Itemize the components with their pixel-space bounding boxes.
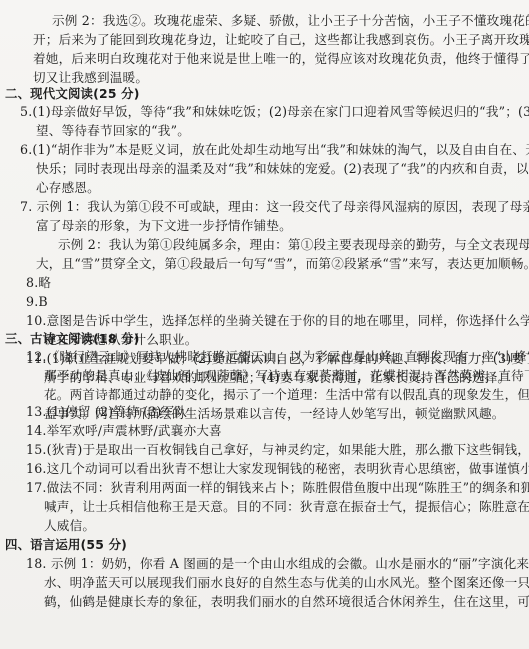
section-heading-language-use: 四、语言运用(55 分) [5,535,127,554]
answer-7-line-2: 富了母亲的形象，为下文进一步抒情作铺垫。 [36,216,292,235]
answer-18-line-3: 鹤，仙鹤是健康长寿的象征，表明我们丽水的自然环境很适合休闲养生，住在这里，可以长… [44,592,529,611]
section-heading-modern-reading: 二、现代文阅读(25 分) [5,84,140,103]
answer-18-line-2: 水、明净蓝天可以展现我们丽水良好的自然生态与优美的山水风光。整个图案还像一只展翅… [44,573,529,592]
answer-key-page: 示例 2：我选②。玫瑰花虚荣、多疑、骄傲，让小王子十分苦恼，小王子不懂玫瑰花的柔… [0,0,529,649]
answer-5-line-1: 5.(1)母亲做好早饭，等待“我”和妹妹吃饭；(2)母亲在家门口迎着风雪等候迟归… [20,102,529,121]
answer-6-line-1: 6.(1)“胡作非为”本是贬义词，放在此处却生动地写出“我”和妹妹的淘气，以及自… [20,140,529,159]
example-2-line-3: 着她，后来明白玫瑰花对于他来说是世上唯一的，觉得应该对玫瑰花负责，他终于懂得了爱… [33,49,529,68]
answer-17-line-2: 喊声，让士兵相信他称王是天意。目的不同：狄青意在振奋士气，提振信心；陈胜意在制造… [44,497,529,516]
answer-17-line-1: 17.做法不同：狄青利用两面一样的铜钱来占卜；陈胜假借鱼腹中出现“陈胜王”的绸条… [26,478,529,497]
answer-18-line-1: 18. 示例 1：奶奶，你看 A 图画的是一个由山水组成的会徽。山水是丽水的“丽… [26,554,529,573]
example-2-line-1: 示例 2：我选②。玫瑰花虚荣、多疑、骄傲，让小王子十分苦恼，小王子不懂玫瑰花的柔… [52,11,529,30]
example-2-line-2: 开；后来为了能回到玫瑰花身边，让蛇咬了自己，这些都让我感到哀伤。小王子离开玫瑰花… [33,30,529,49]
answer-7-line-1: 7. 示例 1：我认为第①段不可或缺，理由：这一段交代了母亲得风湿病的原因，表现… [20,197,529,216]
answer-6-line-3: 心存感恩。 [36,178,100,197]
answer-7-line-4: 大，且“雪”贯穿全文，第①段最后一句写“雪”，而第②段紧承“雪”来写，表达更加顺… [36,254,529,273]
answer-17-line-3: 人威信。 [44,516,95,535]
answer-13: 13.(1)停留 (2)等待 (3)军队 [26,402,187,421]
answer-10-line-1: 10.意图是告诉中学生，选择怎样的坐骑关键在于你的目的地在哪里，同样，你选择什么… [26,311,529,330]
answer-9: 9.B [26,292,48,311]
answer-7-line-3: 示例 2：我认为第①段纯属多余，理由：第①段主要表现母亲的勤劳，与全文表现母爱的… [58,235,529,254]
answer-5-line-2: 望、等待春节回家的“我”。 [36,121,190,140]
answer-16: 16.这几个动词可以看出狄青不想让大家发现铜钱的秘密，表明狄青心思缜密，做事谨慎… [26,459,529,478]
answer-14: 14.举军欢呼/声震林野/武襄亦大喜 [26,421,222,440]
answer-12-line-1: 12.《晓行望云山》写诗人拂晓赶路远望云山，以为彩云也是山峰，直到发现有一座“山… [26,347,529,366]
answer-15: 15.(狄青)于是取出一百枚铜钱自己拿好，与神灵约定，如果能大胜，那么撒下这些铜… [26,440,529,459]
section-heading-classical-reading: 三、古诗文阅读(18 分) [5,329,140,348]
answer-6-line-2: 快乐；同时表现出母亲的温柔及对“我”和妹妹的宠爱。(2)表现了“我”的内疚和自责… [36,159,529,178]
answer-12-line-2: 那不动的是真山；《披仙阁上观荼蘼》写诗人在观荼蘼时，花蝶相混，浑然莫辨，直待飞去… [44,366,529,385]
answer-8: 8.略 [26,273,51,292]
